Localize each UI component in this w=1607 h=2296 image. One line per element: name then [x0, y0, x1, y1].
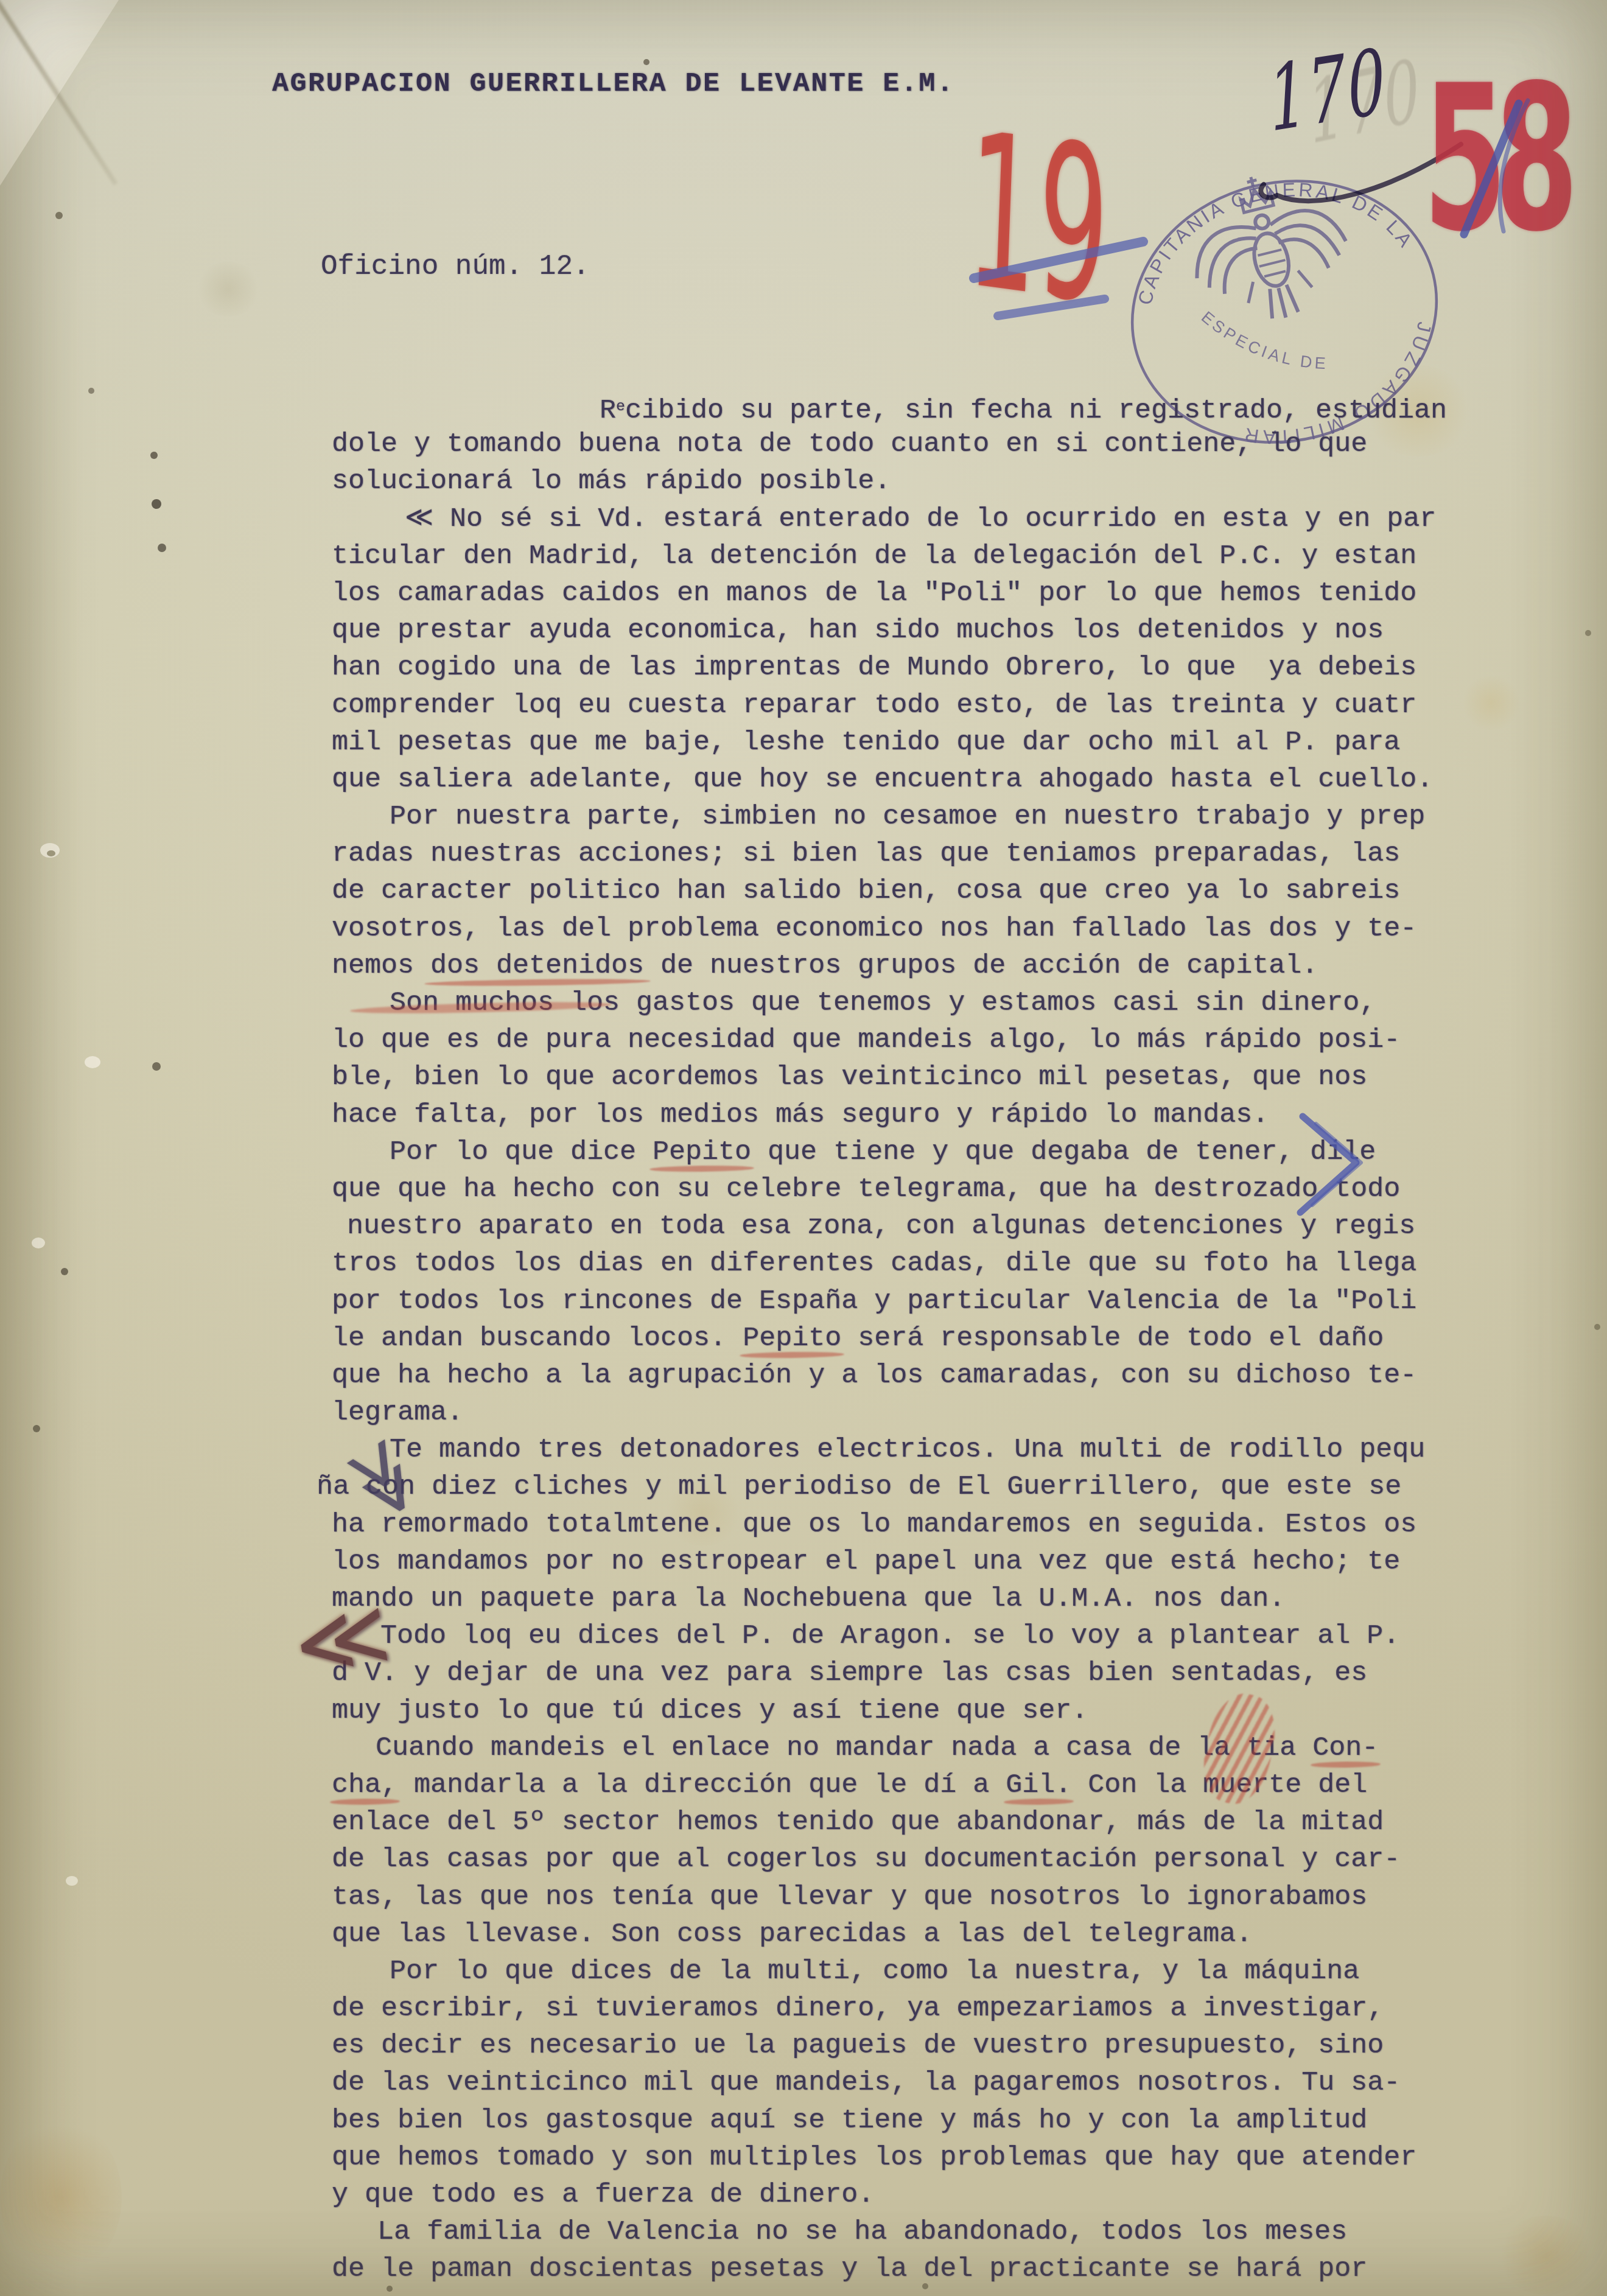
text-line: de caracter politico han salido bien, co…: [332, 872, 1537, 909]
red-underlined-word: Con-: [1312, 1732, 1378, 1763]
text-line: Te mando tres detonadores electricos. Un…: [390, 1431, 1537, 1468]
text-line: ≪ No sé si Vd. estará enterado de lo ocu…: [405, 500, 1537, 537]
text-line: ticular den Madrid, la detención de la d…: [332, 537, 1537, 575]
text-line: que hemos tomado y son multiples los pro…: [332, 2139, 1537, 2176]
text-line: nuestro aparato en toda esa zona, con al…: [347, 1208, 1537, 1245]
superscript-char: e: [616, 398, 625, 415]
paper-stain: [195, 262, 262, 317]
text-line: Por lo que dices de la multi, como la nu…: [390, 1953, 1537, 1990]
text-line: que ha hecho a la agrupación y a los cam…: [332, 1357, 1537, 1394]
red-underlined-word: dos detenidos: [430, 950, 644, 981]
text-line: vosotros, las del problema economico nos…: [332, 910, 1537, 947]
red-underlined-word: Pepito: [743, 1323, 841, 1354]
text-line: bes bien los gastosque aquí se tiene y m…: [332, 2102, 1537, 2139]
text-line: que prestar ayuda economica, han sido mu…: [332, 612, 1537, 649]
text-line: le andan buscando locos. Pepito será res…: [332, 1320, 1537, 1357]
text-line: comprender loq eu cuesta reparar todo es…: [332, 687, 1537, 724]
text-line: han cogido una de las imprentas de Mundo…: [332, 649, 1537, 686]
text-line: de las casas por que al cogerlos su docu…: [332, 1841, 1537, 1878]
text-line: tros todos los dias en diferentes cadas,…: [332, 1245, 1537, 1282]
red-underlined-word: Gil.: [1006, 1769, 1071, 1801]
office-number-line: Oficino núm. 12.: [321, 251, 590, 282]
text-line: ha remormado totalmtene. que os lo manda…: [332, 1506, 1537, 1543]
text-line: que las llevase. Son coss parecidas a la…: [332, 1916, 1537, 1953]
text-line: muy justo lo que tú dices y así tiene qu…: [332, 1692, 1537, 1729]
text-line: de las veinticinco mil que mandeis, la p…: [332, 2064, 1537, 2101]
text-line: ble, bien lo que acordemos las veinticin…: [332, 1059, 1537, 1096]
text-line: d V. y dejar de una vez para siempre las…: [332, 1654, 1537, 1692]
text-line: tas, las que nos tenía que llevar y que …: [332, 1878, 1537, 1916]
svg-text:ESPECIAL DE: ESPECIAL DE: [1196, 282, 1334, 401]
text-line: Todo loq eu dices del P. de Aragon. se l…: [380, 1617, 1537, 1654]
text-line: mil pesetas que me baje, leshe tenido qu…: [332, 724, 1537, 761]
crayon-open-quote-mark: ≪: [287, 1586, 397, 1693]
text-line: cha, mandarla a la dirección que le dí a…: [332, 1766, 1537, 1804]
text-line: y que todo es a fuerza de dinero.: [332, 2176, 1537, 2213]
text-line: es decir es necesario ue la pagueis de v…: [332, 2027, 1537, 2064]
text-line: nemos dos detenidos de nuestros grupos d…: [332, 947, 1537, 984]
text-line: de escribir, si tuvieramos dinero, ya em…: [332, 1990, 1537, 2027]
red-underlined-word: cha,: [332, 1769, 397, 1801]
text-line: enlace del 5º sector hemos tenido que ab…: [332, 1804, 1537, 1841]
document-scan: AGRUPACION GUERRILLERA DE LEVANTE E.M. O…: [0, 0, 1607, 2296]
typewritten-text: Recibido su parte, sin fecha ni registra…: [332, 388, 1537, 2288]
text-line: mando un paquete para la Nochebuena que …: [332, 1580, 1537, 1617]
text-line: ña con diez cliches y mil periodiso de E…: [317, 1468, 1537, 1505]
text-line: hace falta, por los medios más seguro y …: [332, 1096, 1537, 1133]
text-line: que que ha hecho con su celebre telegram…: [332, 1171, 1537, 1208]
text-line: los camaradas caidos en manos de la "Pol…: [332, 575, 1537, 612]
text-line: Recibido su parte, sin fecha ni registra…: [600, 388, 1537, 425]
text-line: Por lo que dice Pepito que tiene y que d…: [390, 1133, 1537, 1171]
red-underlined-word: Pepito: [653, 1136, 751, 1167]
text-line: La familia de Valencia no se ha abandona…: [377, 2213, 1537, 2250]
text-line: legrama.: [332, 1394, 1537, 1431]
text-line: de le paman doscientas pesetas y la del …: [332, 2250, 1537, 2287]
text-line: dole y tomando buena nota de todo cuanto…: [332, 425, 1537, 463]
text-line: los mandamos por no estropear el papel u…: [332, 1543, 1537, 1580]
crossed-number-19: 19: [964, 103, 1112, 335]
folio-number-handwritten: 170: [1266, 29, 1390, 152]
text-line: Por nuestra parte, simbien no cesamoe en…: [390, 798, 1537, 835]
text-line: que saliera adelante, que hoy se encuent…: [332, 761, 1537, 798]
text-line: por todos los rincones de España y parti…: [332, 1283, 1537, 1320]
text-line: Cuando mandeis el enlace no mandar nada …: [376, 1729, 1537, 1766]
paper-stain: [0, 2118, 122, 2277]
text-line: radas nuestras acciones; si bien las que…: [332, 835, 1537, 872]
text-line: lo que es de pura necesidad que mandeis …: [332, 1021, 1537, 1059]
document-header: AGRUPACION GUERRILLERA DE LEVANTE E.M.: [272, 68, 954, 99]
stamp-inner-text: ESPECIAL DE: [1196, 282, 1334, 401]
text-line: solucionará lo más rápido posible.: [332, 463, 1537, 500]
